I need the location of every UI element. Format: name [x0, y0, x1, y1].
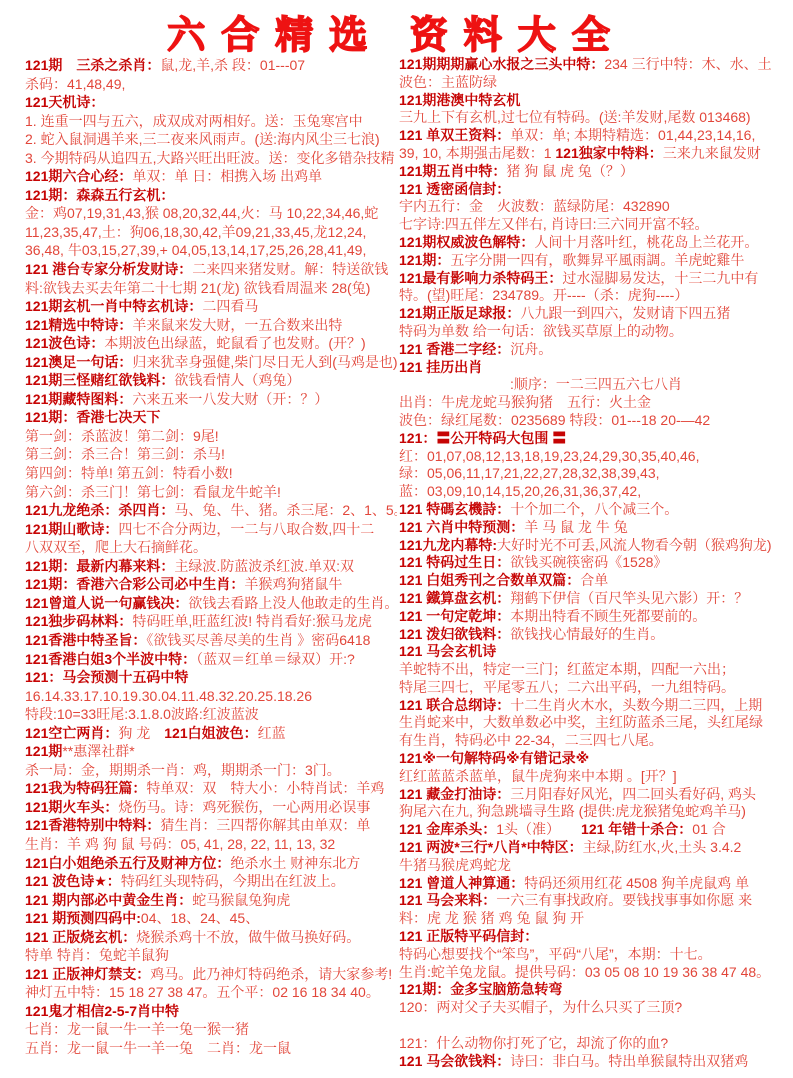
text-line — [399, 1017, 793, 1035]
line-header: 121 港台专家分析发财诗： — [25, 261, 192, 277]
line-header: 121我为特码狂篇： — [25, 780, 146, 796]
text-line: 2. 蛇入鼠洞遇羊来,三二夜来风雨声。(送:海内风尘三七浪) — [25, 130, 397, 149]
text-line: 121期 三杀之杀肖：鼠,龙,羊,杀 段：01---07 — [25, 56, 397, 75]
line-text: 特码红头现特码，今期出在红波上。 — [121, 873, 345, 889]
line-text: 本期波色出绿蓝，蛇鼠看了也发财。(开？) — [104, 335, 365, 351]
line-text: 234 三行中特：木、水、土 — [604, 56, 771, 72]
line-text: 16.14.33.17.10.19.30.04.11.48.32.20.25.1… — [25, 688, 312, 704]
line-header: 121 单双王资料： — [399, 127, 510, 143]
text-line: 蓝：03,09,10,14,15,20,26,31,36,37,42, — [399, 483, 793, 501]
line-text: 单双：单 日：相携入场 出鸡单 — [132, 168, 322, 184]
text-line: 121期正版足球报：八九跟一到四六，发财请下四五猪 — [399, 305, 793, 323]
line-header: 121 金库杀头： — [399, 821, 496, 837]
text-line: 绿：05,06,11,17,21,22,27,28,32,38,39,43, — [399, 465, 793, 483]
line-text: 鼠,龙,羊,杀 段：01---07 — [160, 57, 305, 73]
text-line: 121 港台专家分析发财诗：二来四来猪发财。解：特送欲钱 — [25, 260, 397, 279]
text-line: 121 特碼玄機詩：十个加二个，八个减三个。 — [399, 501, 793, 519]
text-line: 121期六合心经：单双：单 日：相携入场 出鸡单 — [25, 167, 397, 186]
line-text: 金：鸡07,19,31,43,猴 08,20,32,44,火：马 10,22,3… — [25, 205, 378, 221]
line-text: 2. 蛇入鼠洞遇羊来,三二夜来风雨声。(送:海内风尘三七浪) — [25, 131, 380, 147]
text-line: 121：马会预测十五码中特 — [25, 668, 397, 687]
text-line: 八双双至，爬上大石摘鲜花。 — [25, 538, 397, 557]
text-line: 特段:10=33旺尾:3.1.8.0波路:红波蓝波 — [25, 705, 397, 724]
text-line: 三九上下有玄机,过七位有特码。(送:羊发财,尾数 013468) — [399, 109, 793, 127]
line-header: 121 鐵算盘玄机： — [399, 590, 510, 606]
text-line: 3. 今期特码从追四五,大路兴旺出旺波。送：变化多错杂技精 — [25, 149, 397, 168]
text-line: 特单 特肖：兔蛇羊鼠狗 — [25, 946, 397, 965]
text-line: 七肖：龙一鼠一牛一羊一兔一猴一猪 — [25, 1020, 397, 1039]
line-text: 《欲钱买尽善尽美的生肖 》密码6418 — [146, 632, 370, 648]
line-text: 主绿波.防蓝波杀红波.单双:双 — [174, 558, 354, 574]
text-line: 121 期内部必中黄金生肖：蛇马猴鼠兔狗虎 — [25, 891, 397, 910]
line-text: 欲钱买碗筷密码《1528》 — [510, 554, 667, 570]
text-line: 121 联合总纲诗：十二生肖火木水，头数今期二三四，上期 — [399, 697, 793, 715]
line-text: 欲钱去看路上没人他敢走的生肖。 — [188, 595, 397, 611]
line-text: 一六三有事找政府。要钱找事事如你愿 来 — [496, 892, 752, 908]
line-text: 七肖：龙一鼠一牛一羊一兔一猴一猪 — [25, 1021, 249, 1037]
line-header: 121期：香港七决天下 — [25, 409, 160, 425]
line-text: 五肖：龙一鼠一牛一羊一兔 二肖：龙一鼠 — [25, 1040, 291, 1056]
text-line: 121※一句解特码※有错记录※ — [399, 750, 793, 768]
line-text: 三来九来鼠发财 — [663, 145, 761, 161]
text-line: 第一剑：杀蓝波！第二剑：9尾! — [25, 427, 397, 446]
line-header: 121 联合总纲诗： — [399, 697, 510, 713]
text-line: 121精选中特诗：羊来鼠来发大财，一五合数来出特 — [25, 316, 397, 335]
line-text: 十个加二个，八个减三个。 — [510, 501, 678, 517]
line-text: 烧猴杀鸡十不放，做牛做马换好码。 — [136, 929, 360, 945]
line-text: 第一剑：杀蓝波！第二剑：9尾! — [25, 428, 219, 444]
line-header: 121九龙内幕特: — [399, 537, 497, 553]
line-text: 料:欲钱去买去年第二十七期 21(龙) 欲钱看周温来 28(兔) — [25, 280, 370, 296]
line-header: 121 马会玄机诗 — [399, 643, 496, 659]
line-text: 生肖蛇来中，大数单数必中奖，主红防蓝杀三尾，头红尾绿 — [399, 714, 763, 730]
line-header: 121曾道人说一句赢钱决： — [25, 595, 188, 611]
line-header: 121 曾道人神算通： — [399, 875, 524, 891]
line-text: **惠澤社群* — [62, 743, 134, 759]
line-text: 3. 今期特码从追四五,大路兴旺出旺波。送：变化多错杂技精 — [25, 150, 394, 166]
line-header: 121期三怪赌红欲钱料： — [25, 372, 174, 388]
line-text: 1头（准） — [496, 821, 581, 837]
line-text: 六来五来一八发大财（开：？） — [132, 391, 328, 407]
text-line: 36,48, 牛03,15,27,39,+ 04,05,13,14,17,25,… — [25, 241, 397, 260]
text-line: 121期：香港七决天下 — [25, 408, 397, 427]
line-text: 39, 10, 本期强击尾数：1 — [399, 145, 555, 161]
text-line: 生肖蛇来中，大数单数必中奖，主红防蓝杀三尾，头红尾绿 — [399, 714, 793, 732]
text-line: 11,23,35,47,土：狗06,18,30,42,羊09,21,33,45,… — [25, 223, 397, 242]
text-line: 121最有影响力杀特码王：过水湿脚易发达，十三二九中有 — [399, 270, 793, 288]
line-text: 主绿,防红水,火,土头 3.4.2 — [583, 839, 742, 855]
text-line: 121期港澳中特玄机 — [399, 92, 793, 110]
line-header: 121 香港二字经： — [399, 341, 510, 357]
text-line: 121 波色诗★：特码红头现特码，今期出在红波上。 — [25, 872, 397, 891]
text-line: 特尾三四七，平尾零五八；二六出平码，一九组特码。 — [399, 679, 793, 697]
text-line: 121期：五字分開一四有，歌舞昇平風雨調。羊虎蛇雞牛 — [399, 252, 793, 270]
text-line: 39, 10, 本期强击尾数：1 121独家中特料：三来九来鼠发财 — [399, 145, 793, 163]
line-text: 绝杀水土 财神东北方 — [230, 855, 360, 871]
text-line: 121 藏金打油诗：三月阳春好风光，四二回头看好码, 鸡头 — [399, 786, 793, 804]
line-header: 121 期预测四码中: — [25, 910, 141, 926]
line-header: 121 正版烧玄机： — [25, 929, 136, 945]
text-line: 121空亡两肖：狗 龙 121白姐波色：红蓝 — [25, 724, 397, 743]
page-title: 六合精选 资料大全 — [0, 4, 793, 59]
line-header: 121香港特别中特料： — [25, 817, 160, 833]
text-line: 121期玄机一肖中特玄机诗：二四看马 — [25, 297, 397, 316]
text-line: 121期：金多宝脑筋急转弯 — [399, 981, 793, 999]
line-text: 十二生肖火木水，头数今期二三四，上期 — [510, 697, 762, 713]
text-line: 121期权威波色解特：人间十月落叶红，桃花岛上兰花开。 — [399, 234, 793, 252]
text-line: 狗尾六在九, 狗急跳墙寻生路 (提供:虎龙猴猪兔蛇鸡羊马) — [399, 803, 793, 821]
line-text: 翔鹤下伊信（百尺竿头见六影）开：？ — [510, 590, 748, 606]
text-line: 121 泼妇欲钱料：欲钱找心情最好的生肖。 — [399, 626, 793, 644]
line-text: 神灯五中特：15 18 27 38 47。五个平：02 16 18 34 40。 — [25, 984, 380, 1000]
line-header: 121白小姐绝杀五行及财神方位： — [25, 855, 230, 871]
line-header: 121期：金多宝脑筋急转弯 — [399, 981, 562, 997]
text-line: 121期：森森五行玄机： — [25, 186, 397, 205]
line-text: 羊蛇特不出，特定一三门；红蓝定本期，四配一六出； — [399, 661, 735, 677]
line-text: 狗尾六在九, 狗急跳墙寻生路 (提供:虎龙猴猪兔蛇鸡羊马) — [399, 803, 746, 819]
line-header: 121期藏特图料： — [25, 391, 132, 407]
line-header: 121 挂历出肖 — [399, 359, 482, 375]
text-line: 121 马会欲钱料：诗曰：非白马。特出单猴鼠特出双猪鸡 — [399, 1053, 793, 1071]
line-text: 人间十月落叶红，桃花岛上兰花开。 — [534, 234, 758, 250]
text-line: 杀一局：金，期期杀一肖：鸡，期期杀一门：3门。 — [25, 761, 397, 780]
text-line: 121曾道人说一句赢钱决：欲钱去看路上没人他敢走的生肖。 — [25, 594, 397, 613]
line-text: 红：01,07,08,12,13,18,19,23,24,29,30,35,40… — [399, 448, 699, 464]
line-text: 121：什么动物你打死了它，却流了你的血? — [399, 1035, 668, 1051]
line-text: 生肖：羊 鸡 狗 鼠 号码：05, 41, 28, 22, 11, 13, 32 — [25, 836, 335, 852]
line-header: 121 正版特平码信封： — [399, 928, 538, 944]
line-header: 121期山歌诗： — [25, 521, 118, 537]
text-line: 121 一句定乾坤：本期出特看不顾生死都要前的。 — [399, 608, 793, 626]
line-header: 121期 — [25, 743, 62, 759]
line-text: 诗曰：非白马。特出单猴鼠特出双猪鸡 — [510, 1053, 748, 1069]
line-text: 120：两对父子夫买帽子，为什么只买了三顶? — [399, 999, 682, 1015]
text-line: 121期藏特图料：六来五来一八发大财（开：？） — [25, 390, 397, 409]
line-header: 121 年错十杀合： — [581, 821, 692, 837]
line-text: 绿：05,06,11,17,21,22,27,28,32,38,39,43, — [399, 465, 660, 481]
text-line: 121香港特别中特料：猜生肖：三四帮你解其由单双：单 — [25, 816, 397, 835]
text-line: 生肖:蛇羊兔龙鼠。提供号码：03 05 08 10 19 36 38 47 48… — [399, 964, 793, 982]
text-line: 有生肖，特码必中 22-34，二三四七八尾。 — [399, 732, 793, 750]
line-header: 121期：香港六合彩公司必中生肖： — [25, 576, 244, 592]
text-line: :顺序：一二三四五六七八肖 — [399, 376, 793, 394]
line-header: 121独家中特料： — [555, 145, 662, 161]
line-header: 121精选中特诗： — [25, 317, 132, 333]
line-text: 出肖：牛虎龙蛇马猴狗猪 五行：火土金 — [399, 394, 651, 410]
text-line: 121独步码林料：特码旺单,旺蓝红波! 特肖看好:猴马龙虎 — [25, 612, 397, 631]
line-text: 1. 连重一四与五六，成双成对两相好。送：玉兔寒宫中 — [25, 113, 363, 129]
text-line: 121香港白姐3个半波中特：（蓝双＝红单＝绿双）开:? — [25, 650, 397, 669]
line-header: 121 期内部必中黄金生肖： — [25, 892, 192, 908]
line-text: 四七不合分两边，一二与八取合数,四十二 — [118, 521, 374, 537]
line-text: 特。(望)旺尾：234789。开----（杀：虎狗----） — [399, 287, 688, 303]
text-line: 121 马会玄机诗 — [399, 643, 793, 661]
text-line: 121 六肖中特预测：羊 马 鼠 龙 牛 兔 — [399, 519, 793, 537]
text-line: 121 透密函信封： — [399, 181, 793, 199]
text-line: 七字诗:四五伴左又伴右, 肖诗曰:三六同开富不轻。 — [399, 216, 793, 234]
text-line: 红红蓝蓝杀蓝单，鼠牛虎狗来中本期 。[开？] — [399, 768, 793, 786]
left-column: 121期 三杀之杀肖：鼠,龙,羊,杀 段：01---07杀码：41,48,49,… — [25, 56, 397, 1074]
text-line: 121：〓公开特码大包围 〓 — [399, 430, 793, 448]
text-line: 121天机诗： — [25, 93, 397, 112]
line-header: 121白姐波色： — [164, 725, 257, 741]
text-line: 121期三怪赌红欲钱料：欲钱看情人（鸡兔） — [25, 371, 397, 390]
text-line: 料:欲钱去买去年第二十七期 21(龙) 欲钱看周温来 28(兔) — [25, 279, 397, 298]
text-line: 121 香港二字经：沉舟。 — [399, 341, 793, 359]
line-text: 01 合 — [692, 821, 725, 837]
text-line: 宇内五行：金 火波数：蓝绿防尾：432890 — [399, 198, 793, 216]
line-header: 121 藏金打油诗： — [399, 786, 510, 802]
line-header: 121 波色诗★： — [25, 873, 121, 889]
line-text: 特尾三四七，平尾零五八；二六出平码，一九组特码。 — [399, 679, 735, 695]
text-line: 波色：绿红尾数：0235689 特段：01---18 20-—42 — [399, 412, 793, 430]
line-header: 121：〓公开特码大包围 〓 — [399, 430, 566, 446]
text-line: 料：虎 龙 猴 猪 鸡 兔 鼠 狗 开 — [399, 910, 793, 928]
line-text: 杀一局：金，期期杀一肖：鸡，期期杀一门：3门。 — [25, 762, 341, 778]
text-line: 121 期预测四码中:04、18、24、45、 — [25, 909, 397, 928]
text-line: 第六剑：杀三门！第七剑：看鼠龙牛蛇羊! — [25, 483, 397, 502]
text-line: 第三剑：杀三合！第三剑：杀马! — [25, 445, 397, 464]
text-line: 121期火车头：烧伤马。诗：鸡死猴伤，一心两用必误事 — [25, 798, 397, 817]
line-text: 合单 — [580, 572, 608, 588]
line-header: 121期正版足球报： — [399, 305, 520, 321]
line-text: 第六剑：杀三门！第七剑：看鼠龙牛蛇羊! — [25, 484, 281, 500]
line-text: 波色：绿红尾数：0235689 特段：01---18 20-—42 — [399, 412, 710, 428]
line-text: 蓝：03,09,10,14,15,20,26,31,36,37,42, — [399, 483, 641, 499]
line-text: 三月阳春好风光，四二回头看好码, 鸡头 — [510, 786, 756, 802]
line-header: 121 正版神灯禁支： — [25, 966, 150, 982]
text-line: 牛猪马猴虎鸡蛇龙 — [399, 857, 793, 875]
line-text: 马、兔、牛、猪。杀三尾：2、1、5。 — [174, 502, 397, 518]
line-text: 鸡马。此乃神灯特码绝杀，请大家参考! — [150, 966, 392, 982]
text-line: 121 正版神灯禁支：鸡马。此乃神灯特码绝杀，请大家参考! — [25, 965, 397, 984]
line-text: 狗 龙 — [118, 725, 164, 741]
line-text: 11,23,35,47,土：狗06,18,30,42,羊09,21,33,45,… — [25, 224, 366, 240]
line-text: 宇内五行：金 火波数：蓝绿防尾：432890 — [399, 198, 670, 214]
line-header: 121期港澳中特玄机 — [399, 92, 520, 108]
line-text: 特码旺单,旺蓝红波! 特肖看好:猴马龙虎 — [132, 613, 372, 629]
text-line: 121 正版特平码信封： — [399, 928, 793, 946]
text-line: 121我为特码狂篇：特单双：双 特大小：小特肖试：羊鸡 — [25, 779, 397, 798]
text-line: 波色：主蓝防绿 — [399, 74, 793, 92]
line-text: 八双双至，爬上大石摘鲜花。 — [25, 539, 207, 555]
text-line: 第四剑：特单! 第五剑：特看小数! — [25, 464, 397, 483]
line-text: 第四剑：特单! 第五剑：特看小数! — [25, 465, 233, 481]
text-line: 121澳足一句话：归来犹幸身强健,柴门尽日无人到(马鸡是也) — [25, 353, 397, 372]
text-line: 121 鐵算盘玄机：翔鹤下伊信（百尺竿头见六影）开：？ — [399, 590, 793, 608]
line-header: 121期： — [399, 252, 450, 268]
line-text: 二四看马 — [202, 298, 258, 314]
text-line: 121期：香港六合彩公司必中生肖：羊猴鸡狗猪鼠牛 — [25, 575, 397, 594]
line-text: 羊 马 鼠 龙 牛 兔 — [524, 519, 627, 535]
text-line: 出肖：牛虎龙蛇马猴狗猪 五行：火土金 — [399, 394, 793, 412]
line-text: 七字诗:四五伴左又伴右, 肖诗曰:三六同开富不轻。 — [399, 216, 709, 232]
line-header: 121 白姐秀刊之合数单双篇： — [399, 572, 580, 588]
line-header: 121 特碼玄機詩： — [399, 501, 510, 517]
line-header: 121期玄机一肖中特玄机诗： — [25, 298, 202, 314]
line-header: 121香港白姐3个半波中特： — [25, 651, 196, 667]
text-line: 生肖：羊 鸡 狗 鼠 号码：05, 41, 28, 22, 11, 13, 32 — [25, 835, 397, 854]
text-line: 121 白姐秀刊之合数单双篇：合单 — [399, 572, 793, 590]
text-line: 121期**惠澤社群* — [25, 742, 397, 761]
line-text: 有生肖，特码必中 22-34，二三四七八尾。 — [399, 732, 663, 748]
line-text: 三九上下有玄机,过七位有特码。(送:羊发财,尾数 013468) — [399, 109, 751, 125]
line-text: 红红蓝蓝杀蓝单，鼠牛虎狗来中本期 。[开？] — [399, 768, 677, 784]
line-header: 121期火车头： — [25, 799, 118, 815]
line-text: 杀码：41,48,49, — [25, 76, 125, 92]
text-line: 16.14.33.17.10.19.30.04.11.48.32.20.25.1… — [25, 687, 397, 706]
line-header: 121 六肖中特预测： — [399, 519, 524, 535]
text-line: 特码为单数 给一句话：欲钱买草原上的动物。 — [399, 323, 793, 341]
line-text: 特段:10=33旺尾:3.1.8.0波路:红波蓝波 — [25, 706, 259, 722]
line-text: 特码心想要找个“笨鸟”，平码“八尾”，本期：十七。 — [399, 946, 712, 962]
line-header: 121 两波*三行*八肖*中特区： — [399, 839, 583, 855]
text-line: 神灯五中特：15 18 27 38 47。五个平：02 16 18 34 40。 — [25, 983, 397, 1002]
line-header: 121期：森森五行玄机： — [25, 187, 174, 203]
line-header: 121 泼妇欲钱料： — [399, 626, 510, 642]
line-text: 过水湿脚易发达，十三二九中有 — [562, 270, 758, 286]
text-line: 121波色诗：本期波色出绿蓝，蛇鼠看了也发财。(开？) — [25, 334, 397, 353]
line-header: 121期：最新内幕来料： — [25, 558, 174, 574]
line-header: 121独步码林料： — [25, 613, 132, 629]
line-header: 121鬼才相信2-5-7肖中特 — [25, 1003, 179, 1019]
text-line: 121 马会来料：一六三有事找政府。要钱找事事如你愿 来 — [399, 892, 793, 910]
text-line: 121 正版烧玄机：烧猴杀鸡十不放，做牛做马换好码。 — [25, 928, 397, 947]
line-header: 121香港中特圣旨： — [25, 632, 146, 648]
text-line: 121香港中特圣旨：《欲钱买尽善尽美的生肖 》密码6418 — [25, 631, 397, 650]
text-line: 121 两波*三行*八肖*中特区：主绿,防红水,火,土头 3.4.2 — [399, 839, 793, 857]
line-text: 红蓝 — [258, 725, 286, 741]
line-text: 归来犹幸身强健,柴门尽日无人到(马鸡是也) — [132, 354, 397, 370]
text-line: 121九龙绝杀：杀四肖：马、兔、牛、猪。杀三尾：2、1、5。 — [25, 501, 397, 520]
line-text: 36,48, 牛03,15,27,39,+ 04,05,13,14,17,25,… — [25, 242, 366, 258]
text-line: 金：鸡07,19,31,43,猴 08,20,32,44,火：马 10,22,3… — [25, 204, 397, 223]
line-header: 121澳足一句话： — [25, 354, 132, 370]
text-line: 121 曾道人神算通：特码还须用红花 4508 狗羊虎鼠鸡 单 — [399, 875, 793, 893]
text-line: 121期五肖中特：猪 狗 鼠 虎 兔（？） — [399, 163, 793, 181]
line-text: 欲钱看情人（鸡兔） — [174, 372, 300, 388]
line-header: 121期五肖中特： — [399, 163, 506, 179]
line-text: 料：虎 龙 猴 猪 鸡 兔 鼠 狗 开 — [399, 910, 584, 926]
line-text: 二来四来猪发财。解：特送欲钱 — [192, 261, 388, 277]
line-header: 121期 三杀之杀肖： — [25, 57, 160, 73]
line-header: 121 透密函信封： — [399, 181, 510, 197]
line-header: 121 特码过生日： — [399, 554, 510, 570]
line-text: 沉舟。 — [510, 341, 552, 357]
line-text: 烧伤马。诗：鸡死猴伤，一心两用必误事 — [118, 799, 370, 815]
text-line: 121 单双王资料：单双：单; 本期特精选：01,44,23,14,16, — [399, 127, 793, 145]
line-text: 本期出特看不顾生死都要前的。 — [510, 608, 706, 624]
line-text: :顺序：一二三四五六七八肖 — [510, 376, 682, 392]
line-header: 121波色诗： — [25, 335, 104, 351]
text-line: 121：什么动物你打死了它，却流了你的血? — [399, 1035, 793, 1053]
line-header: 121天机诗： — [25, 94, 104, 110]
text-line: 杀码：41,48,49, — [25, 75, 397, 94]
line-header: 121 马会来料： — [399, 892, 496, 908]
line-text: 第三剑：杀三合！第三剑：杀马! — [25, 446, 225, 462]
text-line: 羊蛇特不出，特定一三门；红蓝定本期，四配一六出； — [399, 661, 793, 679]
text-line: 1. 连重一四与五六，成双成对两相好。送：玉兔寒宫中 — [25, 112, 397, 131]
line-header: 121：马会预测十五码中特 — [25, 669, 188, 685]
text-line: 121 挂历出肖 — [399, 359, 793, 377]
line-text: 八九跟一到四六，发财请下四五猪 — [520, 305, 730, 321]
text-line: 121 特码过生日：欲钱买碗筷密码《1528》 — [399, 554, 793, 572]
line-text: 羊猴鸡狗猪鼠牛 — [244, 576, 342, 592]
line-text: （蓝双＝红单＝绿双）开:? — [196, 651, 355, 667]
line-text: 单双：单; 本期特精选：01,44,23,14,16, — [510, 127, 755, 143]
line-text: 特单 特肖：兔蛇羊鼠狗 — [25, 947, 169, 963]
line-text: 羊来鼠来发大财，一五合数来出特 — [132, 317, 342, 333]
line-text: 特码还须用红花 4508 狗羊虎鼠鸡 单 — [524, 875, 749, 891]
text-line: 120：两对父子夫买帽子，为什么只买了三顶? — [399, 999, 793, 1017]
text-line: 121期期期赢心水报之三头中特：234 三行中特：木、水、土 — [399, 56, 793, 74]
line-text: 波色：主蓝防绿 — [399, 74, 497, 90]
text-line: 121鬼才相信2-5-7肖中特 — [25, 1002, 397, 1021]
line-text: 特码为单数 给一句话：欲钱买草原上的动物。 — [399, 323, 683, 339]
line-header: 121空亡两肖： — [25, 725, 118, 741]
line-text: 04、18、24、45、 — [141, 910, 259, 926]
line-header: 121最有影响力杀特码王： — [399, 270, 562, 286]
line-text: 牛猪马猴虎鸡蛇龙 — [399, 857, 511, 873]
line-text: 特单双：双 特大小：小特肖试：羊鸡 — [146, 780, 384, 796]
line-text: 蛇马猴鼠兔狗虎 — [192, 892, 290, 908]
document: 六合精选 资料大全 121期 三杀之杀肖：鼠,龙,羊,杀 段：01---07杀码… — [0, 0, 793, 1078]
line-text: 猜生肖：三四帮你解其由单双：单 — [160, 817, 370, 833]
text-line: 特码心想要找个“笨鸟”，平码“八尾”，本期：十七。 — [399, 946, 793, 964]
line-header: 121 一句定乾坤： — [399, 608, 510, 624]
text-line: 121期山歌诗：四七不合分两边，一二与八取合数,四十二 — [25, 520, 397, 539]
text-line: 121 金库杀头：1头（准） 121 年错十杀合：01 合 — [399, 821, 793, 839]
line-header: 121九龙绝杀：杀四肖： — [25, 502, 174, 518]
text-line: 红：01,07,08,12,13,18,19,23,24,29,30,35,40… — [399, 448, 793, 466]
line-header: 121期期期赢心水报之三头中特： — [399, 56, 604, 72]
text-line: 121期：最新内幕来料：主绿波.防蓝波杀红波.单双:双 — [25, 557, 397, 576]
line-text: 猪 狗 鼠 虎 兔（？） — [506, 163, 634, 179]
text-line: 121白小姐绝杀五行及财神方位：绝杀水土 财神东北方 — [25, 854, 397, 873]
right-column: 121期期期赢心水报之三头中特：234 三行中特：木、水、土波色：主蓝防绿121… — [399, 56, 793, 1076]
line-text: 生肖:蛇羊兔龙鼠。提供号码：03 05 08 10 19 36 38 47 48… — [399, 964, 770, 980]
line-text: 五字分開一四有，歌舞昇平風雨調。羊虎蛇雞牛 — [450, 252, 744, 268]
line-text: 大好时光不可丢,风流人物看今朝（猴鸡狗龙) — [497, 537, 772, 553]
line-header: 121期六合心经： — [25, 168, 132, 184]
line-header: 121※一句解特码※有错记录※ — [399, 750, 589, 766]
text-line: 五肖：龙一鼠一牛一羊一兔 二肖：龙一鼠 — [25, 1039, 397, 1058]
line-text: 欲钱找心情最好的生肖。 — [510, 626, 664, 642]
line-header: 121期权威波色解特： — [399, 234, 534, 250]
line-header: 121 马会欲钱料： — [399, 1053, 510, 1069]
text-line: 121九龙内幕特:大好时光不可丢,风流人物看今朝（猴鸡狗龙) — [399, 537, 793, 555]
text-line: 特。(望)旺尾：234789。开----（杀：虎狗----） — [399, 287, 793, 305]
